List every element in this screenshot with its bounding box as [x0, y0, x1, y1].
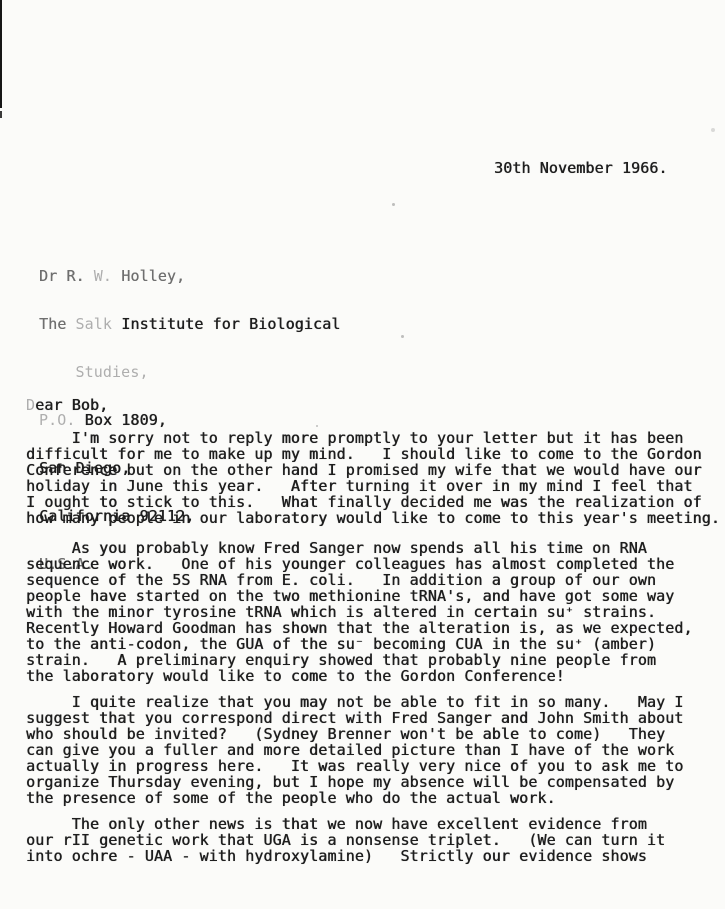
address-line-studies: Studies, [39, 364, 340, 380]
ink-speck [401, 335, 404, 338]
address-text: W. [94, 267, 121, 285]
address-line-name: Dr R. W. Holley, [39, 268, 340, 284]
address-text: Institute for Biological [121, 315, 340, 333]
body-paragraph-3: I quite realize that you may not be able… [26, 694, 722, 806]
address-text: Dr R. [39, 267, 94, 285]
address-text: Holley, [121, 267, 185, 285]
ink-speck [392, 203, 395, 206]
address-line-institute: The Salk Institute for Biological [39, 316, 340, 332]
ink-speck [711, 128, 715, 132]
salutation-text: ear Bob, [35, 396, 108, 414]
salutation: Dear Bob, [26, 397, 108, 413]
scan-artifact-line-segment [0, 111, 2, 118]
address-line-pobox: P.O. Box 1809, [39, 412, 340, 428]
date-line: 30th November 1966. [494, 160, 667, 176]
scan-artifact-line [0, 0, 2, 108]
letter-page: 30th November 1966. Dr R. W. Holley, The… [0, 0, 725, 909]
body-paragraph-4: The only other news is that we now have … [26, 816, 722, 864]
address-text: Salk [76, 315, 122, 333]
address-text: Studies, [39, 363, 149, 381]
body-paragraph-1: I'm sorry not to reply more promptly to … [26, 430, 722, 526]
address-text: The [39, 315, 76, 333]
body-paragraph-2: As you probably know Fred Sanger now spe… [26, 540, 722, 684]
salutation-text: D [26, 396, 35, 414]
